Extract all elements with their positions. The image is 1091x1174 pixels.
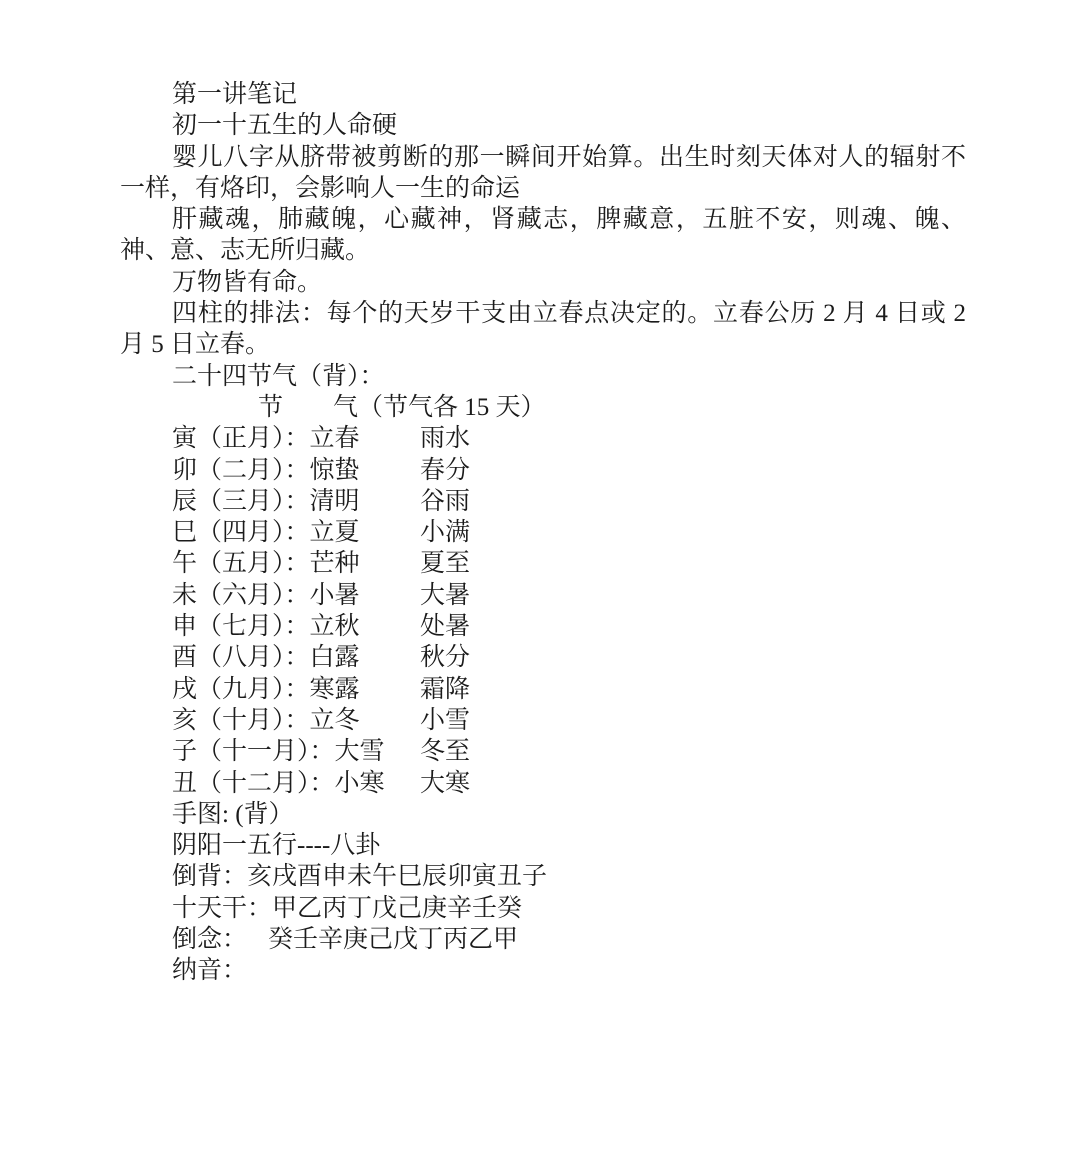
solar-term-row: 酉（八月）：白露秋分	[120, 642, 966, 673]
solar-term-row: 丑（十二月）：小寒大寒	[120, 768, 966, 799]
term-jie: 寒露	[310, 676, 360, 703]
term-branch-month: 巳（四月）：	[172, 519, 310, 546]
term-jie: 立夏	[310, 519, 360, 546]
solar-term-row: 戌（九月）：寒露霜降	[120, 674, 966, 705]
term-branch-month: 辰（三月）：	[172, 488, 310, 515]
term-qi: 霜降	[420, 674, 470, 705]
para-lecture-title: 第一讲笔记	[120, 79, 966, 110]
ten-stems-value: 甲乙丙丁戊己庚辛壬癸	[272, 895, 522, 922]
term-jie: 立秋	[310, 613, 360, 640]
para-ming-ying: 初一十五生的人命硬	[120, 110, 966, 141]
term-jie: 芒种	[310, 550, 360, 577]
doc-body: 第一讲笔记 初一十五生的人命硬 婴儿八字从脐带被剪断的那一瞬间开始算。出生时刻天…	[120, 79, 966, 987]
term-branch-month: 卯（二月）：	[172, 457, 310, 484]
solar-term-row: 午（五月）：芒种夏至	[120, 548, 966, 579]
stems-reversed-label: 倒念：	[172, 924, 268, 955]
term-qi: 秋分	[420, 642, 470, 673]
solar-term-row: 寅（正月）：立春雨水	[120, 423, 966, 454]
term-jie: 立冬	[310, 707, 360, 734]
heading-24-solar-terms: 二十四节气（背）：	[120, 361, 966, 392]
para-all-things-fate: 万物皆有命。	[120, 267, 966, 298]
term-qi: 大寒	[420, 768, 470, 799]
term-jie: 立春	[310, 425, 360, 452]
solar-term-row: 亥（十月）：立冬小雪	[120, 705, 966, 736]
jie-column-header: 节	[258, 392, 283, 423]
solar-term-row: 卯（二月）：惊蛰春分	[120, 455, 966, 486]
term-qi: 春分	[420, 455, 470, 486]
term-branch-month: 子（十一月）：	[172, 738, 335, 765]
para-five-organs: 肝藏魂，肺藏魄，心藏神，肾藏志，脾藏意，五脏不安，则魂、魄、神、意、志无所归藏。	[120, 204, 966, 267]
solar-term-row: 巳（四月）：立夏小满	[120, 517, 966, 548]
solar-terms-header-row: 节 气（节气各 15 天）	[120, 392, 966, 423]
term-jie: 小暑	[310, 582, 360, 609]
reverse-branches-label: 倒背：	[172, 863, 247, 890]
para-four-pillars: 四柱的排法：每个的天岁干支由立春点决定的。立春公历 2 月 4 日或 2 月 5…	[120, 298, 966, 361]
line-stems-reversed: 倒念：癸壬辛庚己戊丁丙乙甲	[120, 924, 966, 955]
line-yinyang-wuxing-bagua: 阴阳一五行----八卦	[120, 830, 966, 861]
term-branch-month: 申（七月）：	[172, 613, 310, 640]
term-qi: 冬至	[420, 736, 470, 767]
term-branch-month: 寅（正月）：	[172, 425, 310, 452]
term-branch-month: 午（五月）：	[172, 550, 310, 577]
reverse-branches-value: 亥戌酉申未午巳辰卯寅丑子	[247, 863, 547, 890]
term-jie: 小寒	[335, 770, 385, 797]
document-page: { "page": { "background": "#ffffff", "te…	[0, 0, 1091, 1174]
term-qi: 大暑	[420, 580, 470, 611]
ten-stems-label: 十天干：	[172, 893, 272, 924]
line-nayin: 纳音：	[120, 955, 966, 986]
para-birth-radiation: 婴儿八字从脐带被剪断的那一瞬间开始算。出生时刻天体对人的辐射不一样，有烙印，会影…	[120, 142, 966, 205]
stems-reversed-value: 癸壬辛庚己戊丁丙乙甲	[268, 926, 518, 953]
term-qi: 雨水	[420, 423, 470, 454]
solar-term-row: 未（六月）：小暑大暑	[120, 580, 966, 611]
term-branch-month: 酉（八月）：	[172, 644, 310, 671]
solar-term-row: 子（十一月）：大雪冬至	[120, 736, 966, 767]
qi-column-header: 气（节气各 15 天）	[333, 392, 546, 423]
term-branch-month: 丑（十二月）：	[172, 770, 335, 797]
term-jie: 白露	[310, 644, 360, 671]
line-hand-map: 手图: (背）	[120, 799, 966, 830]
solar-term-row: 辰（三月）：清明谷雨	[120, 486, 966, 517]
term-qi: 小满	[420, 517, 470, 548]
term-jie: 惊蛰	[310, 457, 360, 484]
solar-term-row: 申（七月）：立秋处暑	[120, 611, 966, 642]
term-qi: 小雪	[420, 705, 470, 736]
term-jie: 大雪	[335, 738, 385, 765]
term-qi: 处暑	[420, 611, 470, 642]
term-branch-month: 未（六月）：	[172, 582, 310, 609]
term-qi: 谷雨	[420, 486, 470, 517]
line-ten-stems: 十天干：甲乙丙丁戊己庚辛壬癸	[120, 893, 966, 924]
solar-terms-table: 寅（正月）：立春雨水卯（二月）：惊蛰春分辰（三月）：清明谷雨巳（四月）：立夏小满…	[120, 423, 966, 799]
term-branch-month: 亥（十月）：	[172, 707, 310, 734]
line-reverse-branches: 倒背：亥戌酉申未午巳辰卯寅丑子	[120, 861, 966, 892]
term-jie: 清明	[310, 488, 360, 515]
term-qi: 夏至	[420, 548, 470, 579]
term-branch-month: 戌（九月）：	[172, 676, 310, 703]
